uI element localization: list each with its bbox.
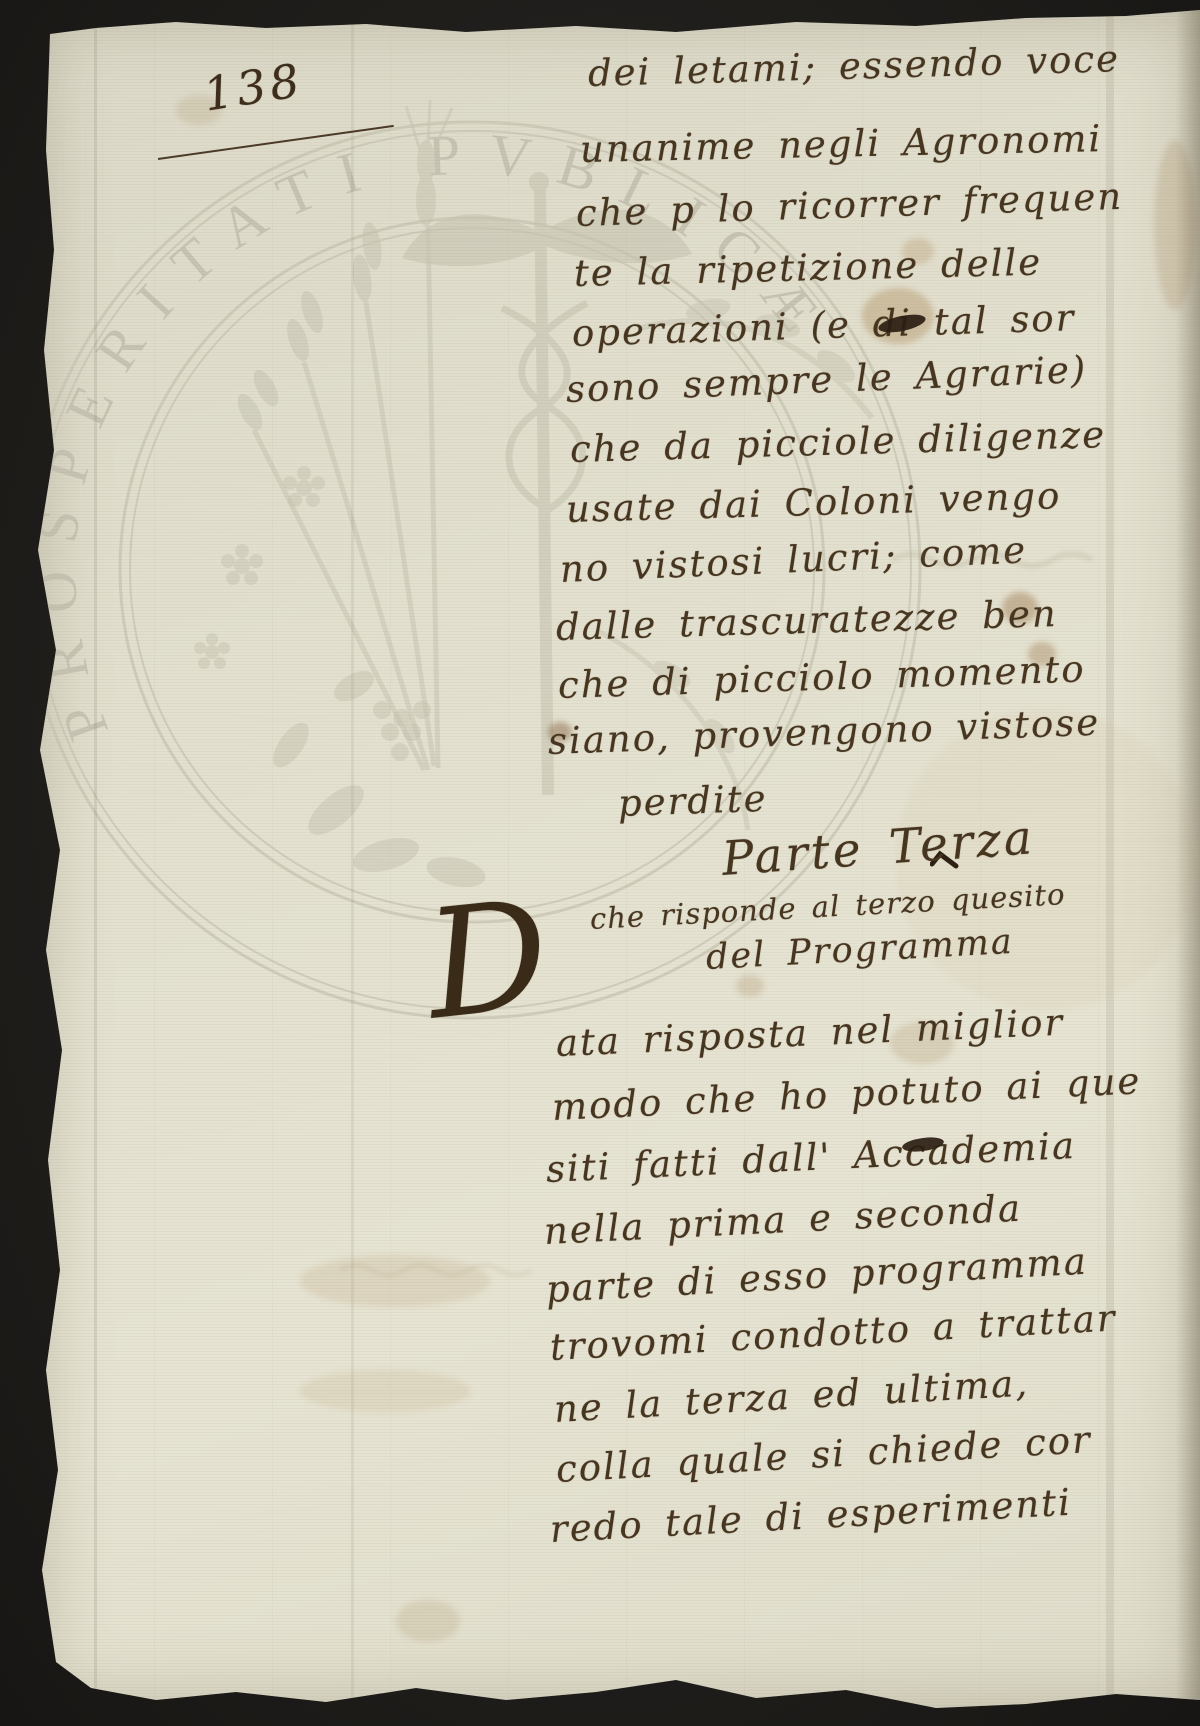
manuscript-page: PROSPERITATI PVBLICÆ — [36, 10, 1200, 1708]
grapes-flowers-icon — [194, 466, 488, 892]
photograph-backdrop: { "page": { "number": "138" }, "manuscri… — [0, 0, 1200, 1726]
ornate-initial: D — [420, 880, 557, 1042]
manuscript-line: perdite — [617, 777, 768, 825]
